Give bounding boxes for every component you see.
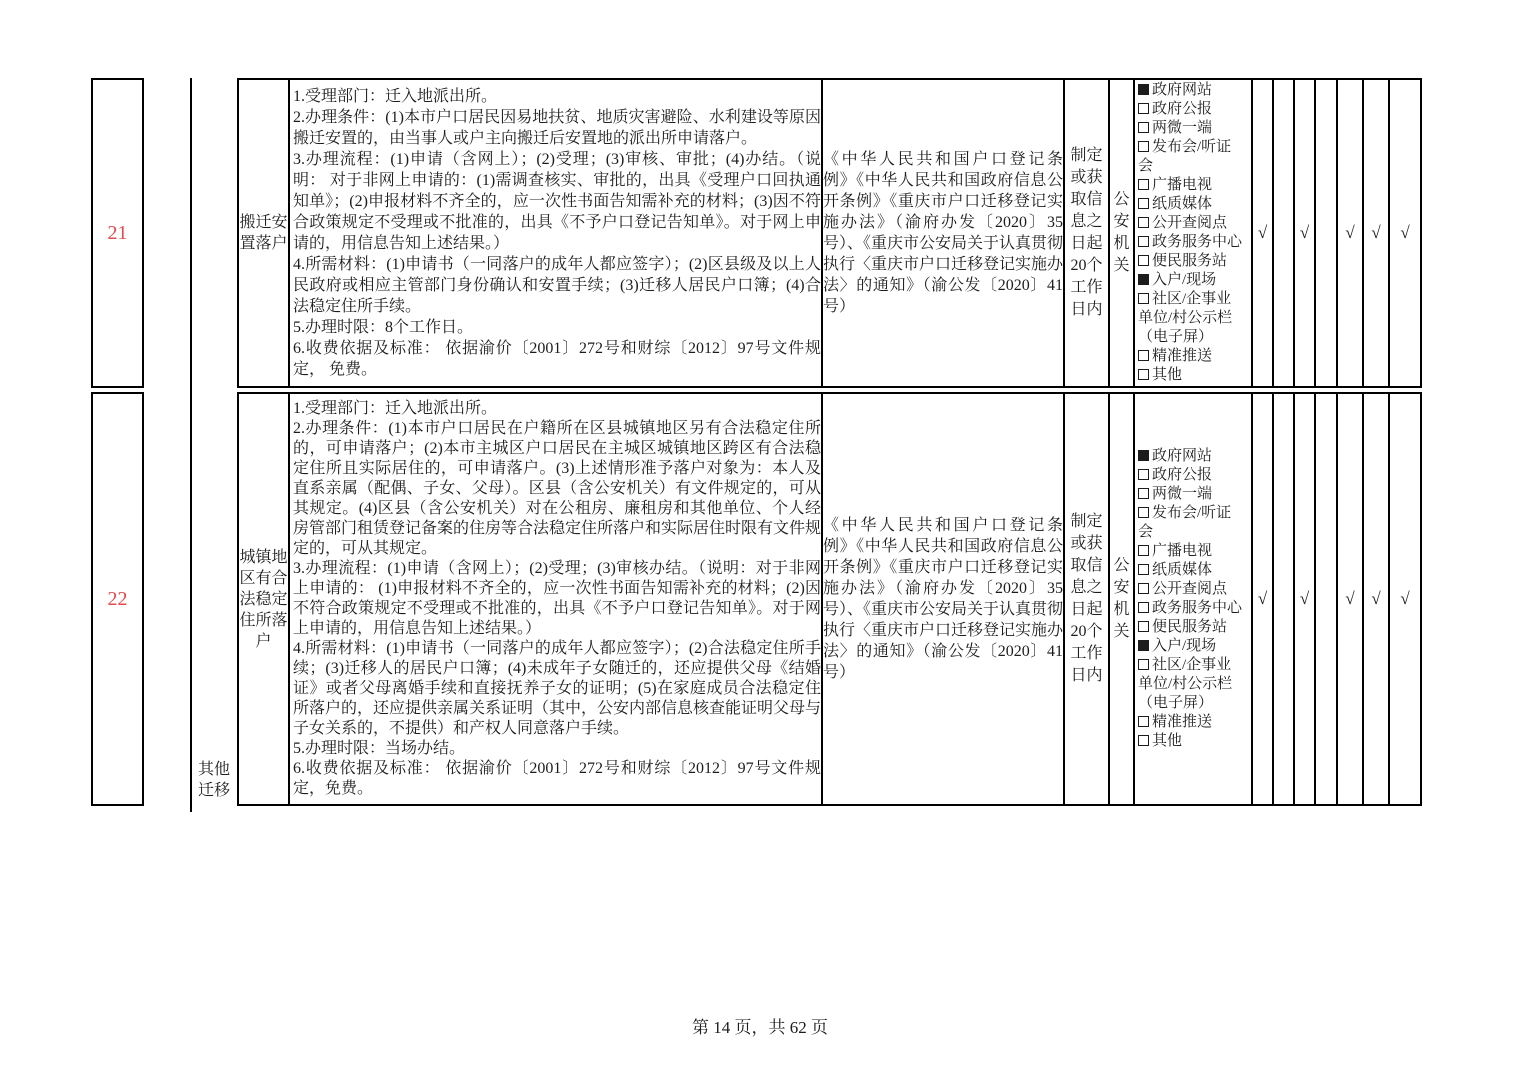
channel-item: 两微一端 [1138,485,1244,504]
publish-mark-cell: √ [1295,80,1316,386]
unchecked-box-icon [1138,564,1149,575]
unchecked-box-icon [1138,659,1149,670]
detail-paragraph: 1.受理部门：迁入地派出所。 [293,399,821,419]
unchecked-box-icon [1138,369,1149,380]
unchecked-box-icon [1138,507,1149,518]
publish-mark-cell: √ [1253,80,1274,386]
detail-paragraph: 2.办理条件：(1)本市户口居民在户籍所在区县城镇地区另有合法稳定住所的，可申请… [293,419,821,559]
publish-mark-cell [1316,394,1338,804]
agency-cell: 公安机关 [1110,80,1135,386]
channel-item: 政府公报 [1138,100,1244,119]
unchecked-box-icon [1138,735,1149,746]
unchecked-box-icon [1138,255,1149,266]
checked-box-icon [1138,84,1149,95]
publish-mark-cell: √ [1253,394,1274,804]
channel-item: 社区/企事业单位/村公示栏（电子屏） [1138,290,1244,347]
detail-paragraph: 1.受理部门：迁入地派出所。 [293,86,821,107]
publish-mark-cell [1274,80,1295,386]
channel-item: 政务服务中心 [1138,233,1244,252]
unchecked-box-icon [1138,545,1149,556]
channel-item: 政府公报 [1138,466,1244,485]
category-cell: 城镇地区有合法稳定住所落户 [239,394,290,804]
detail-paragraph: 4.所需材料：(1)申请书（一同落户的成年人都应签字）；(2)区县级及以上人民政… [293,254,821,317]
channel-item: 社区/企事业单位/村公示栏（电子屏） [1138,656,1244,713]
channel-item: 入户/现场 [1138,271,1244,290]
channel-item: 纸质媒体 [1138,561,1244,580]
channel-item: 广播电视 [1138,176,1244,195]
channels-cell: 政府网站政府公报两微一端发布会/听证会广播电视纸质媒体公开查阅点政务服务中心便民… [1135,394,1253,804]
unchecked-box-icon [1138,469,1149,480]
unchecked-box-icon [1138,716,1149,727]
unchecked-box-icon [1138,488,1149,499]
detail-paragraph: 3.办理流程：(1)申请（含网上）；(2)受理；(3)审核、审批；(4)办结。（… [293,149,821,254]
publish-mark-cell: √ [1338,80,1364,386]
publish-mark-cell: √ [1295,394,1316,804]
checked-box-icon [1138,640,1149,651]
unchecked-box-icon [1138,141,1149,152]
checked-box-icon [1138,450,1149,461]
procedure-row: 搬迁安置落户 1.受理部门：迁入地派出所。2.办理条件：(1)本市户口居民因易地… [237,78,1422,388]
publish-mark-cell [1274,394,1295,804]
channel-item: 政府网站 [1138,81,1244,100]
unchecked-box-icon [1138,236,1149,247]
legal-basis-cell: 《中华人民共和国户口登记条例》《中华人民共和国政府信息公开条例》《重庆市户口迁移… [823,80,1065,386]
detail-paragraph: 2.办理条件：(1)本市户口居民因易地扶贫、地质灾害避险、水利建设等原因搬迁安置… [293,107,821,149]
detail-paragraph: 4.所需材料：(1)申请书（一同落户的成年人都应签字）；(2)合法稳定住所手续；… [293,639,821,739]
publish-mark-cell: √ [1338,394,1364,804]
unchecked-box-icon [1138,198,1149,209]
unchecked-box-icon [1138,602,1149,613]
detail-paragraph: 6.收费依据及标准： 依据渝价〔2001〕272号和财综〔2012〕97号文件规… [293,759,821,799]
unchecked-box-icon [1138,293,1149,304]
unchecked-box-icon [1138,103,1149,114]
channel-item: 广播电视 [1138,542,1244,561]
row-number-cell: 22 [91,392,144,806]
channel-item: 政务服务中心 [1138,599,1244,618]
channel-item: 发布会/听证会 [1138,504,1244,542]
detail-paragraph: 5.办理时限：8个工作日。 [293,317,821,338]
publish-mark-cell: √ [1390,80,1420,386]
publish-mark-cell: √ [1390,394,1420,804]
channel-item: 纸质媒体 [1138,195,1244,214]
unchecked-box-icon [1138,179,1149,190]
channel-item: 政府网站 [1138,447,1244,466]
procedure-details-cell: 1.受理部门：迁入地派出所。2.办理条件：(1)本市户口居民在户籍所在区县城镇地… [290,394,823,804]
channel-item: 精准推送 [1138,347,1244,366]
checked-box-icon [1138,274,1149,285]
agency-cell: 公安机关 [1110,394,1135,804]
page-footer: 第 14 页，共 62 页 [0,1013,1520,1038]
channel-item: 公开查阅点 [1138,214,1244,233]
unchecked-box-icon [1138,350,1149,361]
channel-item: 两微一端 [1138,119,1244,138]
channel-item: 精准推送 [1138,713,1244,732]
procedure-details-cell: 1.受理部门：迁入地派出所。2.办理条件：(1)本市户口居民因易地扶贫、地质灾害… [290,80,823,386]
detail-paragraph: 3.办理流程：(1)申请（含网上）；(2)受理；(3)审核办结。（说明：对于非网… [293,559,821,639]
channels-cell: 政府网站政府公报两微一端发布会/听证会广播电视纸质媒体公开查阅点政务服务中心便民… [1135,80,1253,386]
channel-item: 发布会/听证会 [1138,138,1244,176]
row-number-cell: 21 [91,78,144,388]
time-limit-cell: 制定或获取信息之日起20个工作日内 [1065,394,1110,804]
group-category-label: 其他迁移 [192,759,236,805]
publish-mark-cell [1316,80,1338,386]
legal-basis-cell: 《中华人民共和国户口登记条例》《中华人民共和国政府信息公开条例》《重庆市户口迁移… [823,394,1065,804]
detail-paragraph: 5.办理时限：当场办结。 [293,739,821,759]
unchecked-box-icon [1138,122,1149,133]
channel-item: 其他 [1138,732,1244,751]
category-cell: 搬迁安置落户 [239,80,290,386]
unchecked-box-icon [1138,217,1149,228]
publish-mark-cell: √ [1364,394,1390,804]
unchecked-box-icon [1138,621,1149,632]
channel-item: 公开查阅点 [1138,580,1244,599]
detail-paragraph: 6.收费依据及标准： 依据渝价〔2001〕272号和财综〔2012〕97号文件规… [293,338,821,380]
procedure-row: 城镇地区有合法稳定住所落户 1.受理部门：迁入地派出所。2.办理条件：(1)本市… [237,392,1422,806]
channel-item: 便民服务站 [1138,618,1244,637]
time-limit-cell: 制定或获取信息之日起20个工作日内 [1065,80,1110,386]
channel-item: 其他 [1138,366,1244,385]
channel-item: 入户/现场 [1138,637,1244,656]
group-category-column-border [190,78,192,812]
unchecked-box-icon [1138,583,1149,594]
channel-item: 便民服务站 [1138,252,1244,271]
publish-mark-cell: √ [1364,80,1390,386]
